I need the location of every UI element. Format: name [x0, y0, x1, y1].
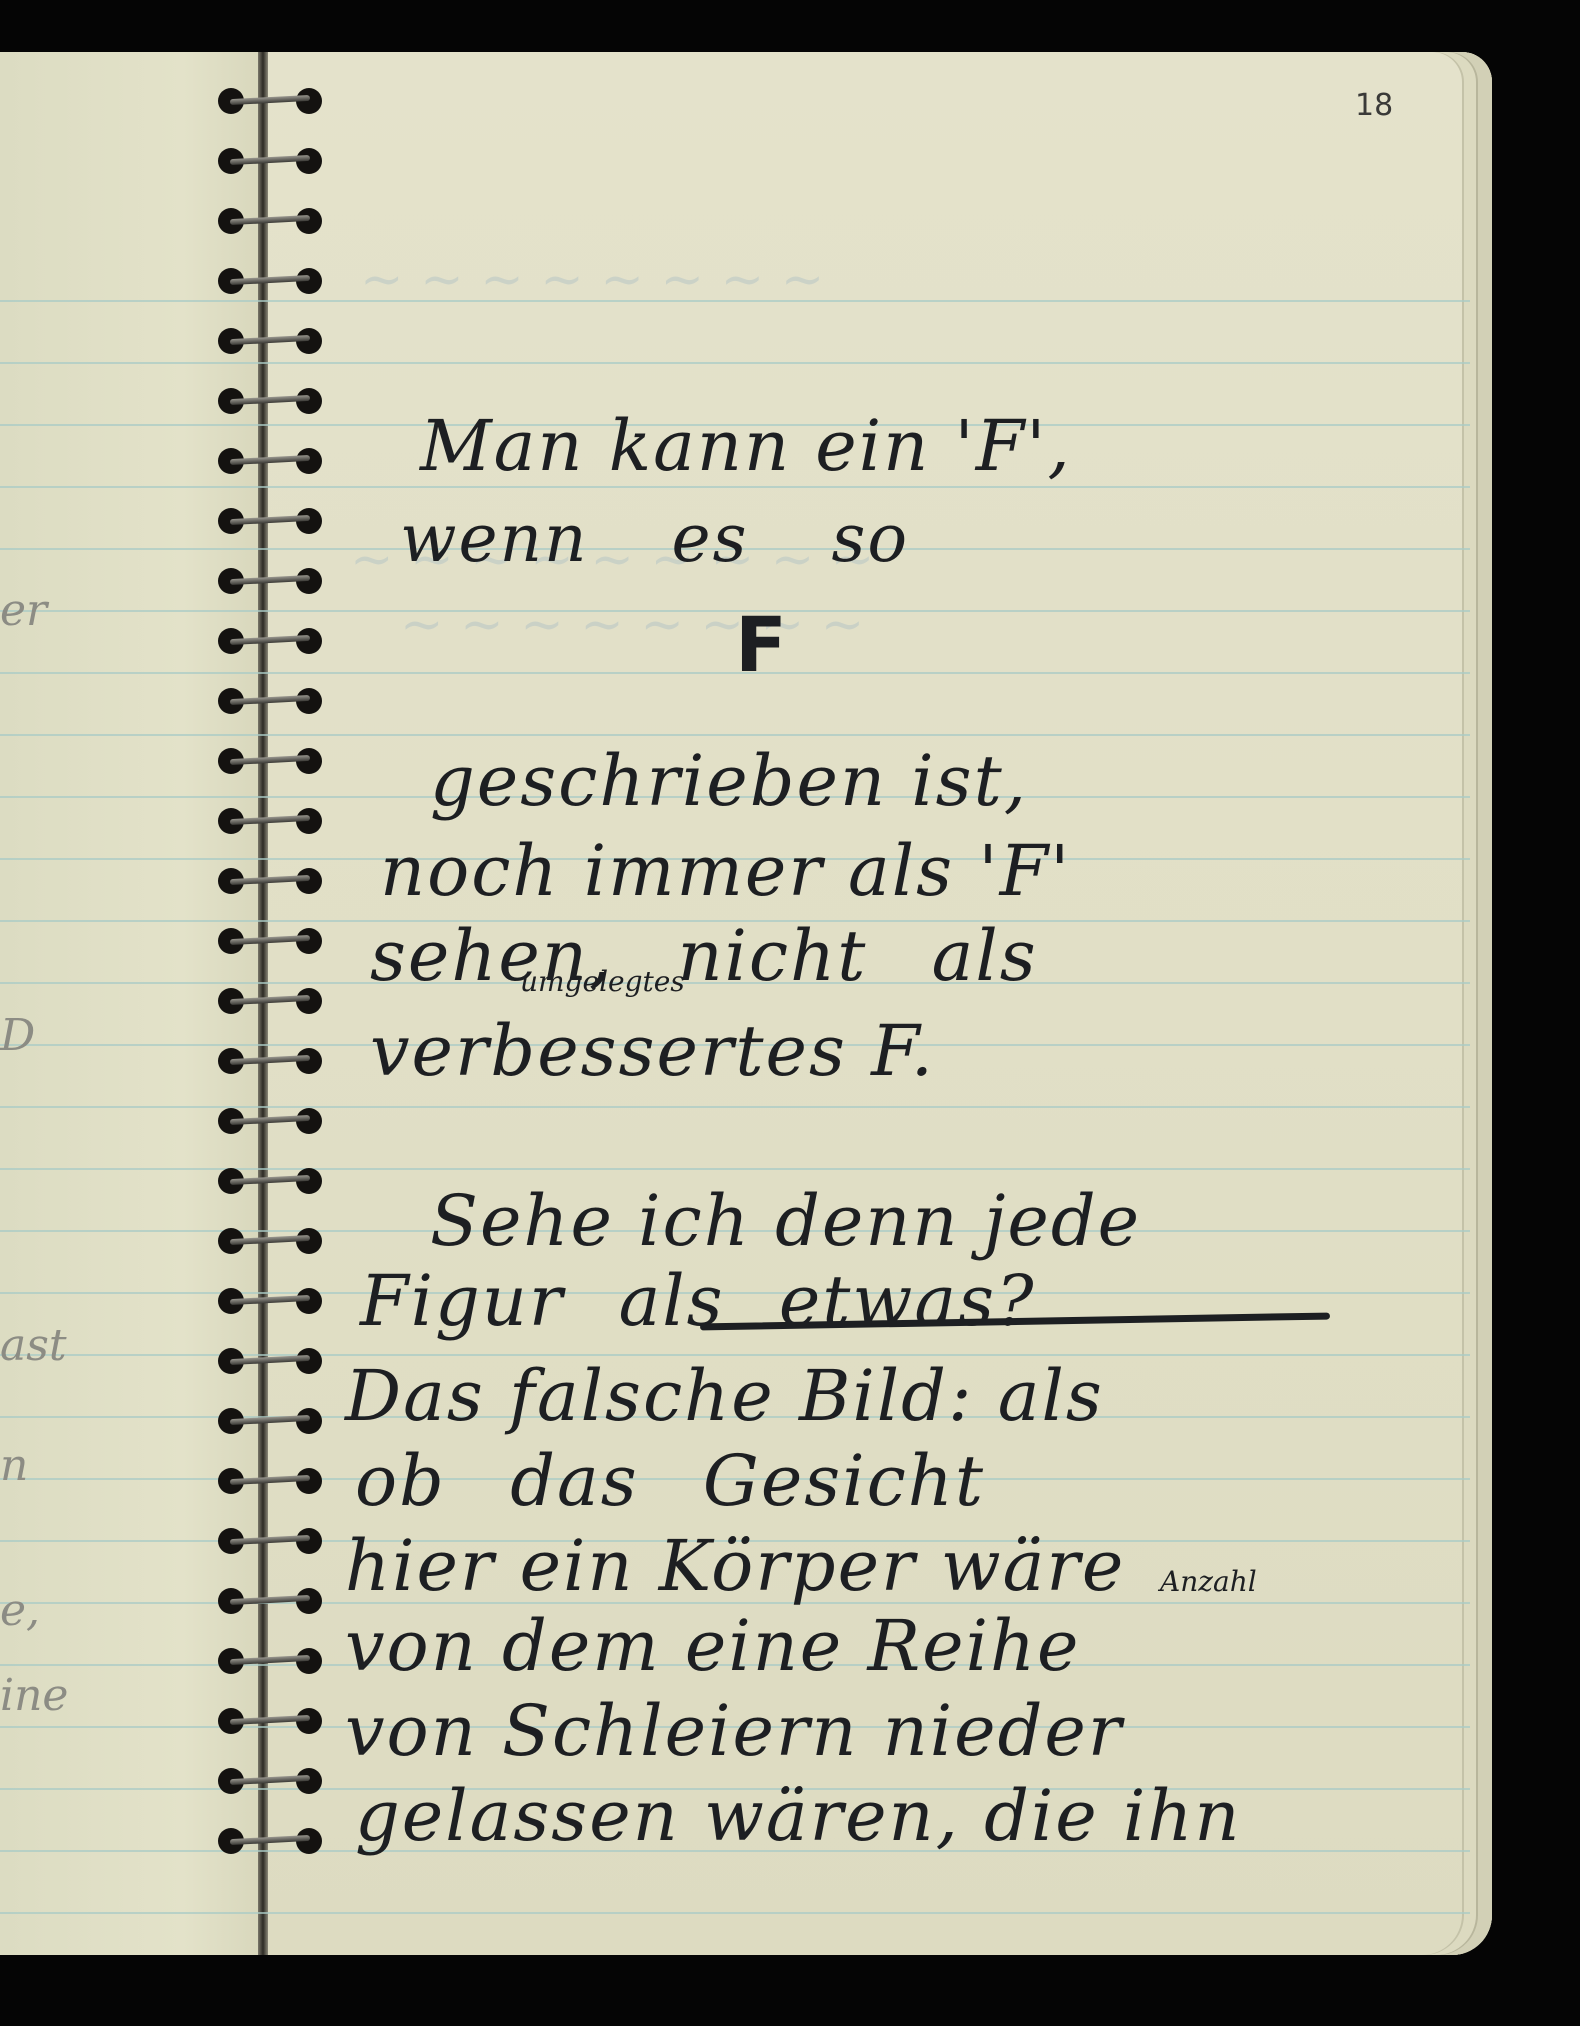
rule-line [0, 1912, 1470, 1914]
handwritten-line: Figur als etwas? [360, 1260, 1036, 1342]
spiral-ring [218, 1648, 322, 1674]
spiral-ring [218, 208, 322, 234]
insertion: Anzahl [1160, 1565, 1257, 1598]
spiral-ring [218, 1468, 322, 1494]
spiral-ring [218, 1048, 322, 1074]
left-page-fragment: n [0, 1440, 28, 1491]
handwritten-line: verbessertes F. [370, 1010, 935, 1092]
spiral-ring [218, 1828, 322, 1854]
spiral-ring [218, 688, 322, 714]
spiral-ring [218, 808, 322, 834]
spiral-ring [218, 388, 322, 414]
spiral-ring [218, 448, 322, 474]
erased-text: ~ ~ ~ ~ ~ ~ ~ ~ [400, 595, 864, 655]
figure-glyph: F [735, 600, 787, 689]
spiral-ring [218, 88, 322, 114]
handwritten-line: wenn es so [400, 500, 909, 577]
spiral-ring [218, 1168, 322, 1194]
rule-line [0, 362, 1470, 364]
spiral-ring [218, 1288, 322, 1314]
spiral-ring [218, 1228, 322, 1254]
handwritten-line: von dem eine Reihe [345, 1605, 1081, 1687]
spiral-ring [218, 508, 322, 534]
erased-text: ~ ~ ~ ~ ~ ~ ~ ~ [360, 250, 824, 310]
spiral-ring [218, 988, 322, 1014]
left-page-fragment: er [0, 585, 47, 636]
handwritten-line: von Schleiern nieder [345, 1690, 1123, 1772]
spiral-ring [218, 1408, 322, 1434]
handwritten-line: sehen, nicht als [370, 915, 1038, 997]
page-number: 18 [1355, 88, 1393, 123]
spiral-ring [218, 1108, 322, 1134]
spiral-ring [218, 1528, 322, 1554]
handwritten-line: ob das Gesicht [355, 1440, 985, 1522]
left-page-fragment: ast [0, 1320, 67, 1371]
insertion: umgelegtes [520, 965, 685, 998]
spiral-ring [218, 148, 322, 174]
left-page-fragment: e, [0, 1585, 40, 1636]
rule-line [0, 734, 1470, 736]
handwritten-line: geschrieben ist, [430, 740, 1028, 822]
handwritten-line: gelassen wären, die ihn [355, 1775, 1242, 1857]
handwritten-line: Man kann ein 'F', [420, 405, 1072, 487]
spiral-ring [218, 628, 322, 654]
spiral-ring [218, 268, 322, 294]
spiral-ring [218, 1768, 322, 1794]
spiral-ring [218, 1708, 322, 1734]
spiral-ring [218, 928, 322, 954]
spiral-ring [218, 1588, 322, 1614]
spiral-ring [218, 748, 322, 774]
left-page-fragment: D [0, 1010, 35, 1061]
spiral-ring [218, 1348, 322, 1374]
spiral-ring [218, 868, 322, 894]
spiral-ring [218, 568, 322, 594]
handwritten-line: hier ein Körper wäre [345, 1525, 1125, 1607]
handwritten-line: Das falsche Bild: als [345, 1355, 1104, 1437]
handwritten-line: Sehe ich denn jede [430, 1180, 1141, 1262]
spiral-ring [218, 328, 322, 354]
handwritten-line: noch immer als 'F' [380, 830, 1071, 912]
left-page-fragment: ine [0, 1670, 68, 1721]
